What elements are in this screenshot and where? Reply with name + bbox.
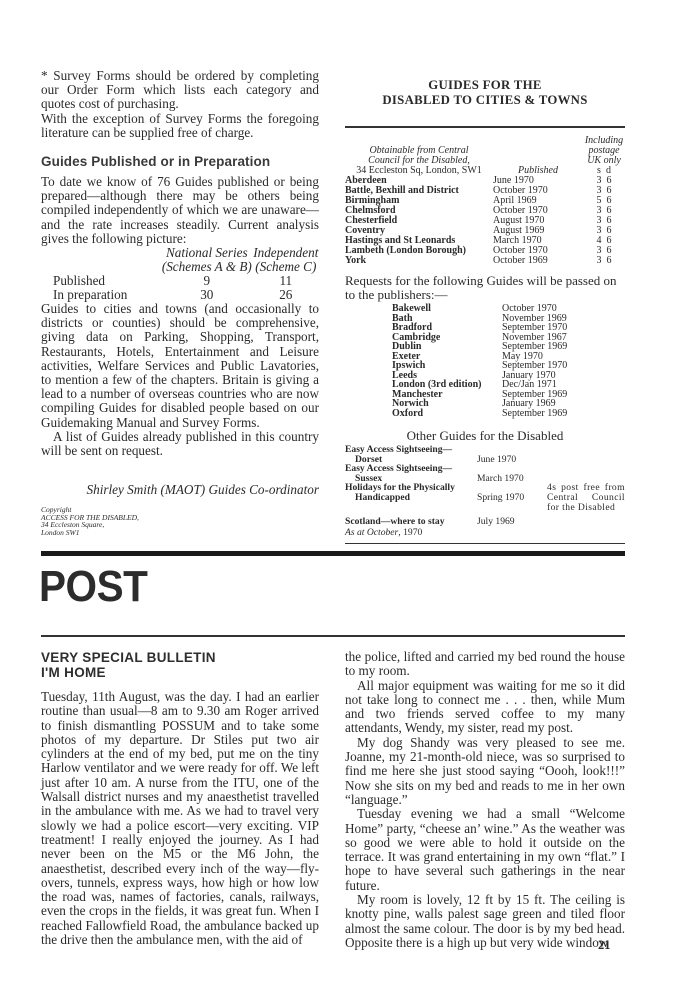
section-divider (345, 543, 625, 545)
page-number: 21 (598, 938, 611, 953)
stats-national-value: 9 (161, 274, 253, 288)
table-row: Scotland—where to stay July 1969 (345, 517, 625, 527)
table-row: Easy Access Sightseeing—Sussex March 197… (345, 464, 625, 483)
copyright-notice: Copyright ACCESS FOR THE DISABLED, 34 Ec… (41, 506, 319, 536)
name-line: Handicapped (345, 493, 477, 503)
guides-table: Obtainable from Central Council for the … (345, 136, 625, 266)
bulletin-paragraph: All major equipment was waiting for me s… (345, 679, 625, 736)
table-row: Holidays for the PhysicallyHandicapped S… (345, 483, 625, 517)
guides-description-paragraph: Guides to cities and towns (and occasion… (41, 302, 319, 430)
stats-row-label: Published (41, 274, 161, 288)
as-at-label: As at October (345, 527, 398, 538)
stats-independent-value: 11 (253, 274, 319, 288)
bulletin-heading-line: I'M HOME (41, 665, 319, 680)
copyright-line: London SW1 (41, 529, 319, 537)
bulletin-paragraph: My room is lovely, 12 ft by 15 ft. The c… (345, 893, 625, 950)
bulletin-right-column: the police, lifted and carried my bed ro… (345, 650, 625, 950)
price-d: 6 (607, 255, 612, 266)
table-row: OxfordSeptember 1969 (392, 409, 567, 419)
post-section-title: POST (39, 562, 147, 612)
guide-city: Lambeth (London Borough) (345, 246, 493, 256)
stats-header-empty (41, 246, 161, 260)
free-of-charge-note: With the exception of Survey Forms the f… (41, 112, 319, 140)
guide-date: October 1969 (493, 256, 583, 266)
stats-row: In preparation 30 26 (41, 288, 319, 302)
table-row: YorkOctober 19693 6 (345, 256, 625, 266)
guides-title-line: DISABLED TO CITIES & TOWNS (345, 93, 625, 108)
guide-city: York (345, 256, 493, 266)
bulletin-heading: VERY SPECIAL BULLETIN I'M HOME (41, 650, 319, 680)
guides-section-heading: Guides Published or in Preparation (41, 154, 319, 169)
other-guide-date: Spring 1970 (477, 483, 547, 517)
guides-list-paragraph: A list of Guides already published in th… (41, 430, 319, 458)
other-guide-note (547, 445, 625, 464)
other-guides-table: Easy Access Sightseeing—Dorset June 1970… (345, 445, 625, 527)
bulletin-paragraph: Tuesday, 11th August, was the day. I had… (41, 690, 319, 947)
other-guide-note: 4s post free from Central Council for th… (547, 483, 625, 517)
table-row: Easy Access Sightseeing—Dorset June 1970 (345, 445, 625, 464)
other-guides-title: Other Guides for the Disabled (345, 428, 625, 444)
stats-header-national: National Series (161, 246, 253, 260)
requests-table: BakewellOctober 1970 BathNovember 1969 B… (392, 304, 567, 418)
other-guide-name: Holidays for the PhysicallyHandicapped (345, 483, 477, 517)
stats-subheader-empty (41, 260, 161, 274)
left-column-top: * Survey Forms should be ordered by comp… (41, 69, 319, 536)
as-at-date: As at October, 1970 (345, 527, 625, 538)
other-guide-date: March 1970 (477, 464, 547, 483)
name-line: Scotland—where to stay (345, 516, 445, 527)
post-divider (41, 635, 625, 637)
bulletin-left-column: VERY SPECIAL BULLETIN I'M HOME Tuesday, … (41, 650, 319, 947)
guide-price: 3 6 (583, 256, 625, 266)
price-header: Including postage UK only s d (583, 136, 625, 176)
bulletin-paragraph: Tuesday evening we had a small “Welcome … (345, 807, 625, 893)
table-row: ChesterfieldAugust 19703 6 (345, 216, 625, 226)
request-date: September 1969 (502, 409, 567, 419)
other-guide-date: July 1969 (477, 517, 547, 527)
guides-title: GUIDES FOR THE DISABLED TO CITIES & TOWN… (345, 78, 625, 108)
other-guide-name: Easy Access Sightseeing—Dorset (345, 445, 477, 464)
other-guide-note (547, 464, 625, 483)
other-guide-date: June 1970 (477, 445, 547, 464)
as-at-year: , 1970 (398, 527, 422, 538)
other-guide-name: Scotland—where to stay (345, 517, 477, 527)
table-row: Lambeth (London Borough)October 19703 6 (345, 246, 625, 256)
other-guide-name: Easy Access Sightseeing—Sussex (345, 464, 477, 483)
source-header: Obtainable from Central Council for the … (345, 136, 493, 176)
thick-divider (41, 551, 625, 556)
guides-table-header: Obtainable from Central Council for the … (345, 136, 625, 176)
bulletin-paragraph: the police, lifted and carried my bed ro… (345, 650, 625, 679)
stats-row: Published 9 11 (41, 274, 319, 288)
price-s: 3 (597, 255, 602, 266)
survey-forms-note: * Survey Forms should be ordered by comp… (41, 69, 319, 112)
stats-row-label: In preparation (41, 288, 161, 302)
stats-national-value: 30 (161, 288, 253, 302)
stats-subheader-national: (Schemes A & B) (161, 260, 253, 274)
requests-paragraph: Requests for the following Guides will b… (345, 274, 625, 302)
other-guide-note (547, 517, 625, 527)
signature: Shirley Smith (MAOT) Guides Co-ordinator (41, 482, 319, 498)
title-divider (345, 126, 625, 128)
published-header: Published (493, 136, 583, 176)
right-column-top: GUIDES FOR THE DISABLED TO CITIES & TOWN… (345, 78, 625, 544)
copyright-line: 34 Eccleston Square, (41, 521, 319, 529)
guides-title-line: GUIDES FOR THE (345, 78, 625, 93)
bulletin-paragraph: My dog Shandy was very pleased to see me… (345, 736, 625, 807)
stats-subheader-independent: (Scheme C) (253, 260, 319, 274)
bulletin-heading-line: VERY SPECIAL BULLETIN (41, 650, 319, 665)
request-city: Oxford (392, 409, 502, 419)
stats-header-independent: Independent (253, 246, 319, 260)
guides-intro-paragraph: To date we know of 76 Guides published o… (41, 175, 319, 246)
stats-independent-value: 26 (253, 288, 319, 302)
guides-table-body: AberdeenJune 19703 6 Battle, Bexhill and… (345, 176, 625, 266)
guides-stats-table: National Series Independent (Schemes A &… (41, 246, 319, 302)
